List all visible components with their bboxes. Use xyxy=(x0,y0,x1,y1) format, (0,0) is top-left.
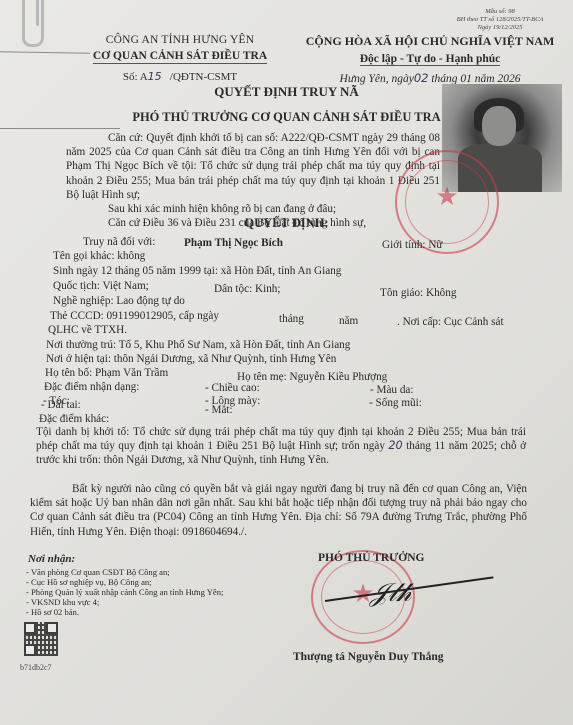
decision-heading: QUYẾT ĐỊNH: xyxy=(0,216,573,231)
issuing-agency: CÔNG AN TỈNH HƯNG YÊN CƠ QUAN CẢNH SÁT Đ… xyxy=(60,34,300,83)
paper-clip-inner xyxy=(36,0,39,26)
qr-code-text: b71db2c7 xyxy=(20,663,52,672)
agency-name: CÔNG AN TỈNH HƯNG YÊN xyxy=(60,34,300,46)
basis-verification: Sau khi xác minh hiện không rõ bị can đa… xyxy=(66,202,440,216)
suspect-name: Phạm Thị Ngọc Bích xyxy=(184,237,283,249)
suspect-father: Họ tên bố: Phạm Văn Trầm xyxy=(45,367,168,379)
place-date-day: 02 xyxy=(414,71,429,85)
id-year: năm xyxy=(339,315,358,327)
place-date: Hưng Yên, ngày02 tháng 01 năm 2026 xyxy=(285,71,573,85)
feature-ears: - Dái tai: xyxy=(41,399,81,411)
escape-day: 20 xyxy=(388,439,402,452)
feature-nose: - Sống mũi: xyxy=(369,397,422,409)
instruction-text: Bất kỳ người nào cũng có quyền bắt và gi… xyxy=(30,482,527,539)
id-issuer: . Nơi cấp: Cục Cảnh sát xyxy=(397,316,504,328)
form-date-text: Ngày 19/12/2025 xyxy=(430,24,570,32)
arrest-instruction: Bất kỳ người nào cũng có quyền bắt và gi… xyxy=(30,482,527,539)
suspect-id-card: Thẻ CCCD: 091199012905, cấp ngày xyxy=(50,310,219,322)
paper-clip xyxy=(22,0,44,47)
id-month: tháng xyxy=(279,313,304,325)
nation-name: CỘNG HÒA XÃ HỘI CHỦ NGHĨA VIỆT NAM xyxy=(285,34,573,49)
recipient-item: - Phòng Quản lý xuất nhập cảnh Công an t… xyxy=(26,587,256,597)
suspect-residence: Nơi thường trú: Tổ 5, Khu Phố Sư Nam, xã… xyxy=(46,339,350,351)
agency-department: CƠ QUAN CẢNH SÁT ĐIỀU TRA xyxy=(93,50,267,64)
suspect-alias: Tên gọi khác: không xyxy=(53,250,145,262)
suspect-birth: Sinh ngày 12 tháng 05 năm 1999 tại: xã H… xyxy=(53,265,341,277)
seal-star-icon: ★ xyxy=(435,182,458,212)
suspect-ethnicity: Dân tộc: Kinh; xyxy=(214,283,281,295)
suspect-current-address: Nơi ở hiện tại: thôn Ngải Dương, xã Như … xyxy=(46,353,336,365)
document-number: Số: A15 /QĐTN-CSMT xyxy=(60,70,300,83)
charges-block: Tội danh bị khởi tố: Tổ chức sử dụng trá… xyxy=(36,425,526,468)
wanted-label: Truy nã đối với: xyxy=(83,236,155,248)
suspect-nationality: Quốc tịch: Việt Nam; xyxy=(53,280,149,292)
qr-code[interactable] xyxy=(24,622,58,656)
features-label: Đặc điểm nhận dạng: xyxy=(44,381,139,393)
suspect-religion: Tôn giáo: Không xyxy=(380,287,456,299)
basis-decision: Căn cứ: Quyết định khởi tố bị can số: A2… xyxy=(66,131,440,202)
recipient-item: - Hồ sơ 02 bản. xyxy=(26,607,256,617)
escape-prefix: trốn ngày xyxy=(342,440,385,452)
signatory-name: Thượng tá Nguyễn Duy Thắng xyxy=(293,651,443,663)
suspect-gender: Giới tính: Nữ xyxy=(382,239,442,251)
form-number: Mẫu số: 98 BH theo TT số 128/2025/TT-BCA… xyxy=(430,8,570,32)
feature-height: - Chiều cao: xyxy=(205,382,260,394)
photo-face xyxy=(482,106,516,146)
other-features: Đặc điểm khác: xyxy=(39,413,109,425)
national-header: CỘNG HÒA XÃ HỘI CHỦ NGHĨA VIỆT NAM Độc l… xyxy=(285,34,573,85)
doc-no-handwritten: 15 xyxy=(148,70,162,83)
feature-eyes: - Mắt: xyxy=(205,404,233,416)
id-issuer-cont: QLHC về TTXH. xyxy=(48,324,127,336)
suspect-occupation: Nghề nghiệp: Lao động tự do xyxy=(53,295,185,307)
form-basis-text: BH theo TT số 128/2025/TT-BCA xyxy=(430,16,570,24)
form-no-text: Mẫu số: 98 xyxy=(430,8,570,16)
recipient-item: - Văn phòng Cơ quan CSĐT Bộ Công an; xyxy=(26,567,256,577)
recipients-title: Nơi nhận: xyxy=(28,553,75,565)
fold-line xyxy=(0,128,120,129)
recipient-item: - VKSND khu vực 4; xyxy=(26,597,256,607)
recipients-list: - Văn phòng Cơ quan CSĐT Bộ Công an; - C… xyxy=(26,567,256,617)
signatory-title: PHÓ THỦ TRƯỞNG xyxy=(318,552,425,564)
feature-skin: - Màu da: xyxy=(370,384,414,396)
charges-text: Tội danh bị khởi tố: Tổ chức sử dụng trá… xyxy=(36,425,526,468)
recipient-item: - Cục Hồ sơ nghiệp vụ, Bộ Công an; xyxy=(26,577,256,587)
fold-line xyxy=(0,51,90,54)
national-motto: Độc lập - Tự do - Hạnh phúc xyxy=(360,53,501,66)
doc-no-suffix: /QĐTN-CSMT xyxy=(170,71,237,83)
doc-no-prefix: Số: A xyxy=(123,71,148,83)
